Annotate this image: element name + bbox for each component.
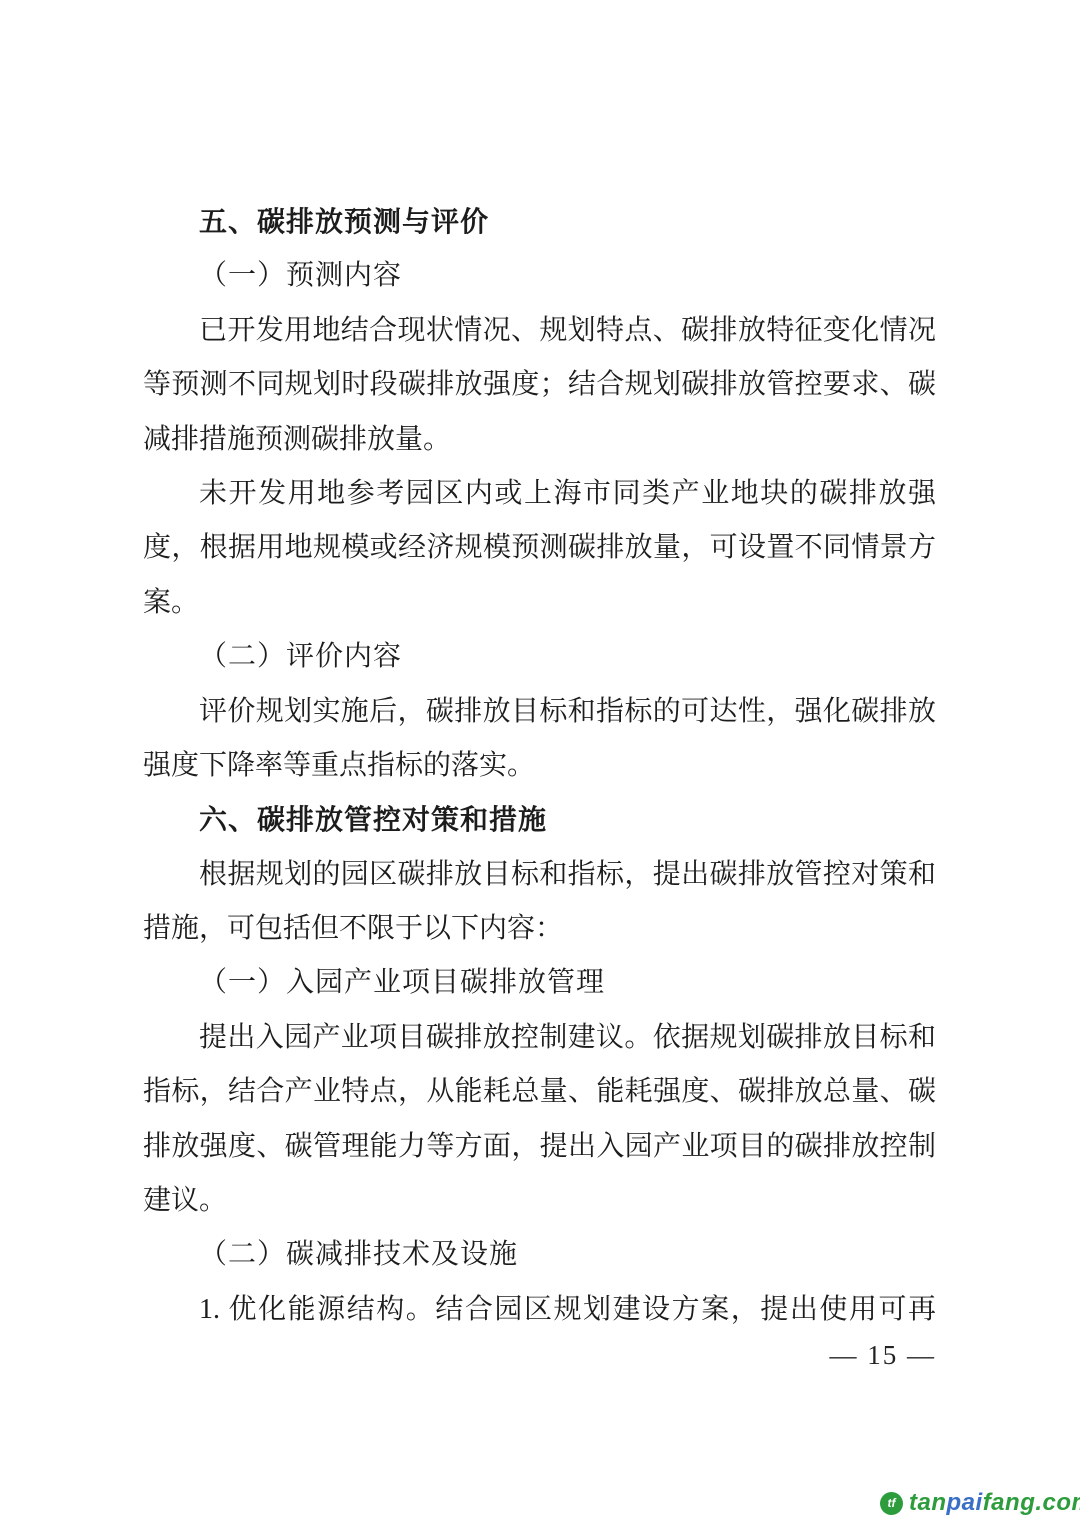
paragraph-line: 排放强度、碳管理能力等方面，提出入园产业项目的碳排放控制 — [143, 1120, 936, 1174]
section-heading-five: 五、碳排放预测与评价 — [143, 195, 936, 249]
subsection-heading-park-projects: （一）入园产业项目碳排放管理 — [143, 956, 936, 1010]
subsection-heading-forecast: （一）预测内容 — [143, 249, 936, 303]
logo-icon-glyph: tf — [888, 1496, 896, 1510]
paragraph-line: 减排措施预测碳排放量。 — [143, 413, 936, 467]
paragraph-line: 已开发用地结合现状情况、规划特点、碳排放特征变化情况 — [143, 304, 936, 358]
paragraph-line: 强度下降率等重点指标的落实。 — [143, 739, 936, 793]
subsection-heading-reduction-tech: （二）碳减排技术及设施 — [143, 1228, 936, 1282]
site-watermark: tf tanpaifang.com — [880, 1489, 1080, 1517]
tanpaifang-logo-icon: tf — [880, 1492, 903, 1515]
logo-text-tan: tan — [909, 1489, 947, 1516]
paragraph-line: 等预测不同规划时段碳排放强度；结合规划碳排放管控要求、碳 — [143, 358, 936, 412]
paragraph-line: 建议。 — [143, 1174, 936, 1228]
paragraph-line: 措施，可包括但不限于以下内容： — [143, 902, 936, 956]
section-heading-six: 六、碳排放管控对策和措施 — [143, 793, 936, 847]
document-page: 五、碳排放预测与评价 （一）预测内容 已开发用地结合现状情况、规划特点、碳排放特… — [0, 0, 1080, 1527]
document-body: 五、碳排放预测与评价 （一）预测内容 已开发用地结合现状情况、规划特点、碳排放特… — [143, 195, 936, 1337]
paragraph-line: 度，根据用地规模或经济规模预测碳排放量，可设置不同情景方 — [143, 521, 936, 575]
paragraph-line: 根据规划的园区碳排放目标和指标，提出碳排放管控对策和 — [143, 848, 936, 902]
paragraph-line: 1. 优化能源结构。结合园区规划建设方案，提出使用可再 — [143, 1283, 936, 1337]
logo-text-fang: fang.com — [983, 1489, 1080, 1516]
subsection-heading-evaluation: （二）评价内容 — [143, 630, 936, 684]
logo-text-pai: pai — [947, 1489, 983, 1516]
paragraph-line: 指标，结合产业特点，从能耗总量、能耗强度、碳排放总量、碳 — [143, 1065, 936, 1119]
paragraph-line: 未开发用地参考园区内或上海市同类产业地块的碳排放强 — [143, 467, 936, 521]
tanpaifang-logo-text: tanpaifang.com — [909, 1489, 1080, 1517]
page-number: — 15 — — [830, 1340, 937, 1371]
paragraph-line: 提出入园产业项目碳排放控制建议。依据规划碳排放目标和 — [143, 1011, 936, 1065]
paragraph-line: 案。 — [143, 576, 936, 630]
paragraph-line: 评价规划实施后，碳排放目标和指标的可达性，强化碳排放 — [143, 685, 936, 739]
